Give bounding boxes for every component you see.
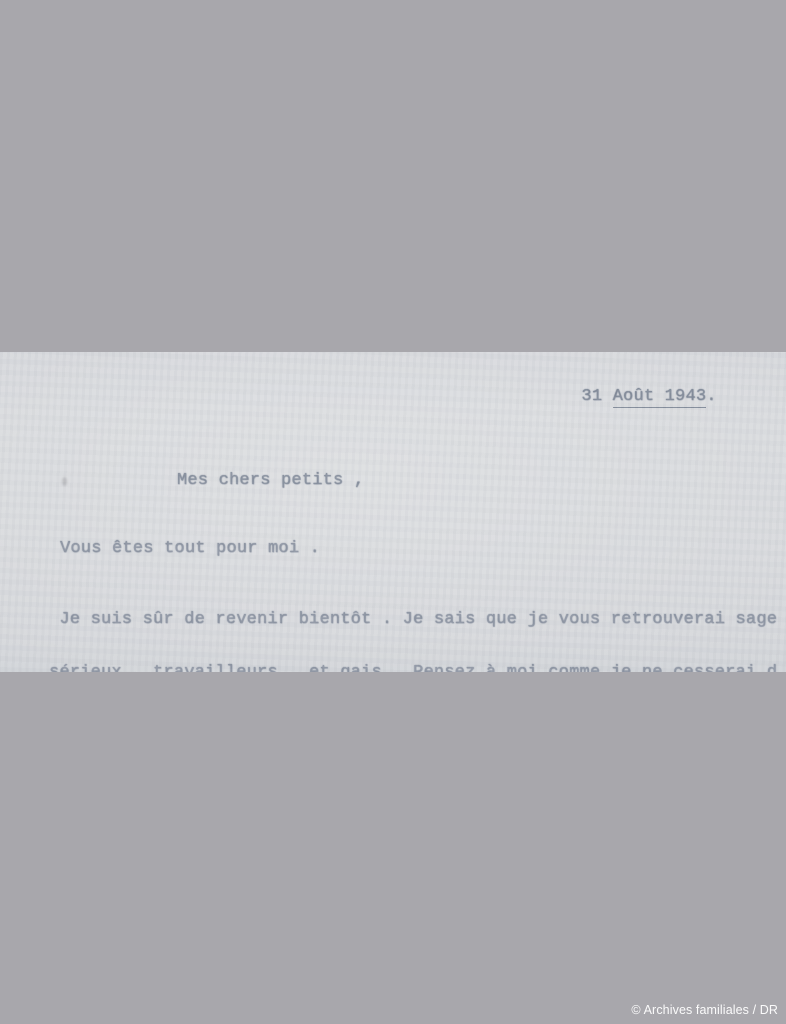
letter-salutation: Mes chers petits , [177,471,364,490]
photo-credit: © Archives familiales / DR [631,1003,778,1017]
letter-date-day: 31 [581,387,612,406]
letter-body-paragraph: Je suis sûr de revenir bientôt . Je sais… [49,575,777,672]
letter-date-month-year: Août 1943 [613,387,707,408]
letter-date-period: . [706,387,716,406]
letter-body-line: sérieux , travailleurs , et gais . Pense… [49,664,777,672]
photo-of-letter: 31 Août 1943. Mes chers petits , Vous êt… [0,0,786,1024]
letter-date: 31 Août 1943. [519,368,717,425]
letter-paper: 31 Août 1943. Mes chers petits , Vous êt… [0,352,786,672]
paper-stain [62,477,67,486]
letter-opening-line: Vous êtes tout pour moi . [60,539,320,558]
letter-body-line: Je suis sûr de revenir bientôt . Je sais… [49,611,777,629]
